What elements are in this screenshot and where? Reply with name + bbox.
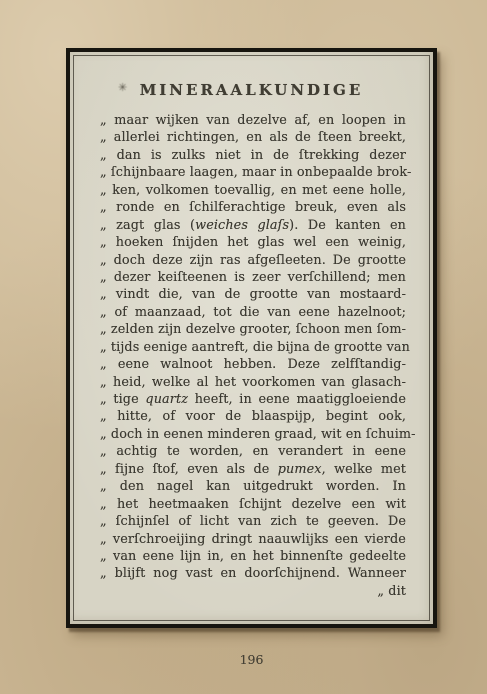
- catchword: „ dit: [100, 583, 406, 600]
- scan-background: ✳ MINERAALKUNDIGE „ maar wijken van deze…: [0, 0, 487, 694]
- running-head: ✳ MINERAALKUNDIGE: [70, 80, 433, 100]
- text-line: „ verſchroeijing dringt naauwlijks een v…: [100, 531, 406, 548]
- book-page: ✳ MINERAALKUNDIGE „ maar wijken van deze…: [66, 48, 437, 628]
- text-line: „ allerlei richtingen, en als de ſteen b…: [100, 129, 406, 146]
- text-line: „ maar wijken van dezelve af, en loopen …: [100, 112, 406, 129]
- text-line: „ dezer keiſteenen is zeer verſchillend;…: [100, 269, 406, 286]
- text-line: „ doch in eenen minderen graad, wit en ſ…: [100, 426, 406, 443]
- text-line: „ eene walnoot hebben. Deze zelfſtandig-: [100, 356, 406, 373]
- text-line: „ vindt die, van de grootte van mostaard…: [100, 286, 406, 303]
- text-line: „ fijne ſtof, even als de pumex, welke m…: [100, 461, 406, 478]
- text-line: „ zagt glas (weiches glaſs). De kanten e…: [100, 217, 406, 234]
- text-line: „ den nagel kan uitgedrukt worden. In: [100, 478, 406, 495]
- text-line: „ ſchijnbaare laagen, maar in onbepaalde…: [100, 164, 406, 181]
- text-line: „ doch deze zijn ras afgeſleeten. De gro…: [100, 252, 406, 269]
- text-line: „ achtig te worden, en verandert in eene: [100, 443, 406, 460]
- text-line: „ hitte, of voor de blaaspijp, begint oo…: [100, 408, 406, 425]
- text-line: „ of maanzaad, tot die van eene hazelnoo…: [100, 304, 406, 321]
- text-line: „ ken, volkomen toevallig, en met eene h…: [100, 182, 406, 199]
- text-line: „ blijft nog vast en doorſchijnend. Wann…: [100, 565, 406, 582]
- header-ornament-icon: ✳: [118, 81, 127, 94]
- page-number: 196: [66, 652, 437, 667]
- text-line: „ hoeken ſnijden het glas wel een weinig…: [100, 234, 406, 251]
- text-line: „ tige quartz heeft, in eene maatiggloei…: [100, 391, 406, 408]
- text-line: „ ſchijnſel of licht van zich te geeven.…: [100, 513, 406, 530]
- text-line: „ heid, welke al het voorkomen van glasa…: [100, 374, 406, 391]
- text-line: „ het heetmaaken ſchijnt dezelve een wit: [100, 496, 406, 513]
- text-line: „ zelden zijn dezelve grooter, ſchoon me…: [100, 321, 406, 338]
- text-line: „ ronde en ſchilferachtige breuk, even a…: [100, 199, 406, 216]
- text-line: „ van eene lijn in, en het binnenſte ged…: [100, 548, 406, 565]
- body-text: „ maar wijken van dezelve af, en loopen …: [100, 112, 406, 600]
- running-head-title: MINERAALKUNDIGE: [140, 81, 364, 99]
- text-line: „ tijds eenige aantreft, die bijna de gr…: [100, 339, 406, 356]
- text-line: „ dan is zulks niet in de ſtrekking deze…: [100, 147, 406, 164]
